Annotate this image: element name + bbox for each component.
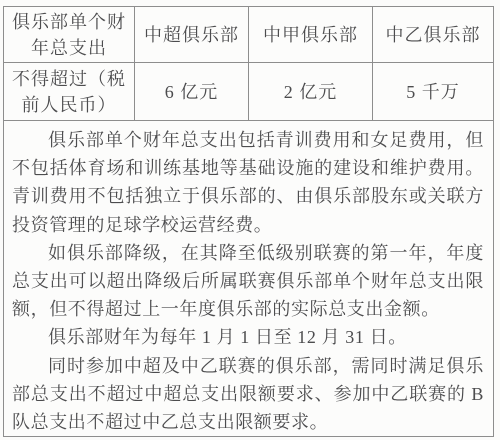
spending-limit-table: 俱乐部单个财 年总支出 中超俱乐部 中甲俱乐部 中乙俱乐部 不得超过（税 前人民… bbox=[3, 6, 494, 437]
column-header-league-two: 中乙俱乐部 bbox=[373, 7, 493, 63]
limit-value-league-two: 5 千万 bbox=[373, 63, 493, 121]
table-notes-cell: 俱乐部单个财年总支出包括青训费用和女足费用，但不包括体育场和训练基地等基础设施的… bbox=[4, 121, 493, 436]
paragraph-spending-scope: 俱乐部单个财年总支出包括青训费用和女足费用，但不包括体育场和训练基地等基础设施的… bbox=[12, 126, 484, 239]
document-page: 俱乐部单个财 年总支出 中超俱乐部 中甲俱乐部 中乙俱乐部 不得超过（税 前人民… bbox=[0, 0, 500, 440]
paragraph-fiscal-year: 俱乐部财年为每年 1 月 1 日至 12 月 31 日。 bbox=[12, 323, 484, 351]
paragraph-relegation-rule: 如俱乐部降级，在其降至低级别联赛的第一年，年度总支出可以超出降级后所属联赛俱乐部… bbox=[12, 239, 484, 324]
paragraph-dual-league-rule: 同时参加中超及中乙联赛的俱乐部，需同时满足俱乐部总支出不超过中超总支出限额要求、… bbox=[12, 352, 484, 436]
limit-value-csl: 6 亿元 bbox=[135, 63, 249, 121]
table-corner-header: 俱乐部单个财 年总支出 bbox=[4, 7, 135, 63]
limit-row-label: 不得超过（税 前人民币） bbox=[4, 63, 135, 121]
table-header-rows: 俱乐部单个财 年总支出 中超俱乐部 中甲俱乐部 中乙俱乐部 不得超过（税 前人民… bbox=[4, 7, 493, 121]
limit-value-league-one: 2 亿元 bbox=[249, 63, 373, 121]
column-header-csl: 中超俱乐部 bbox=[135, 7, 249, 63]
column-header-league-one: 中甲俱乐部 bbox=[249, 7, 373, 63]
